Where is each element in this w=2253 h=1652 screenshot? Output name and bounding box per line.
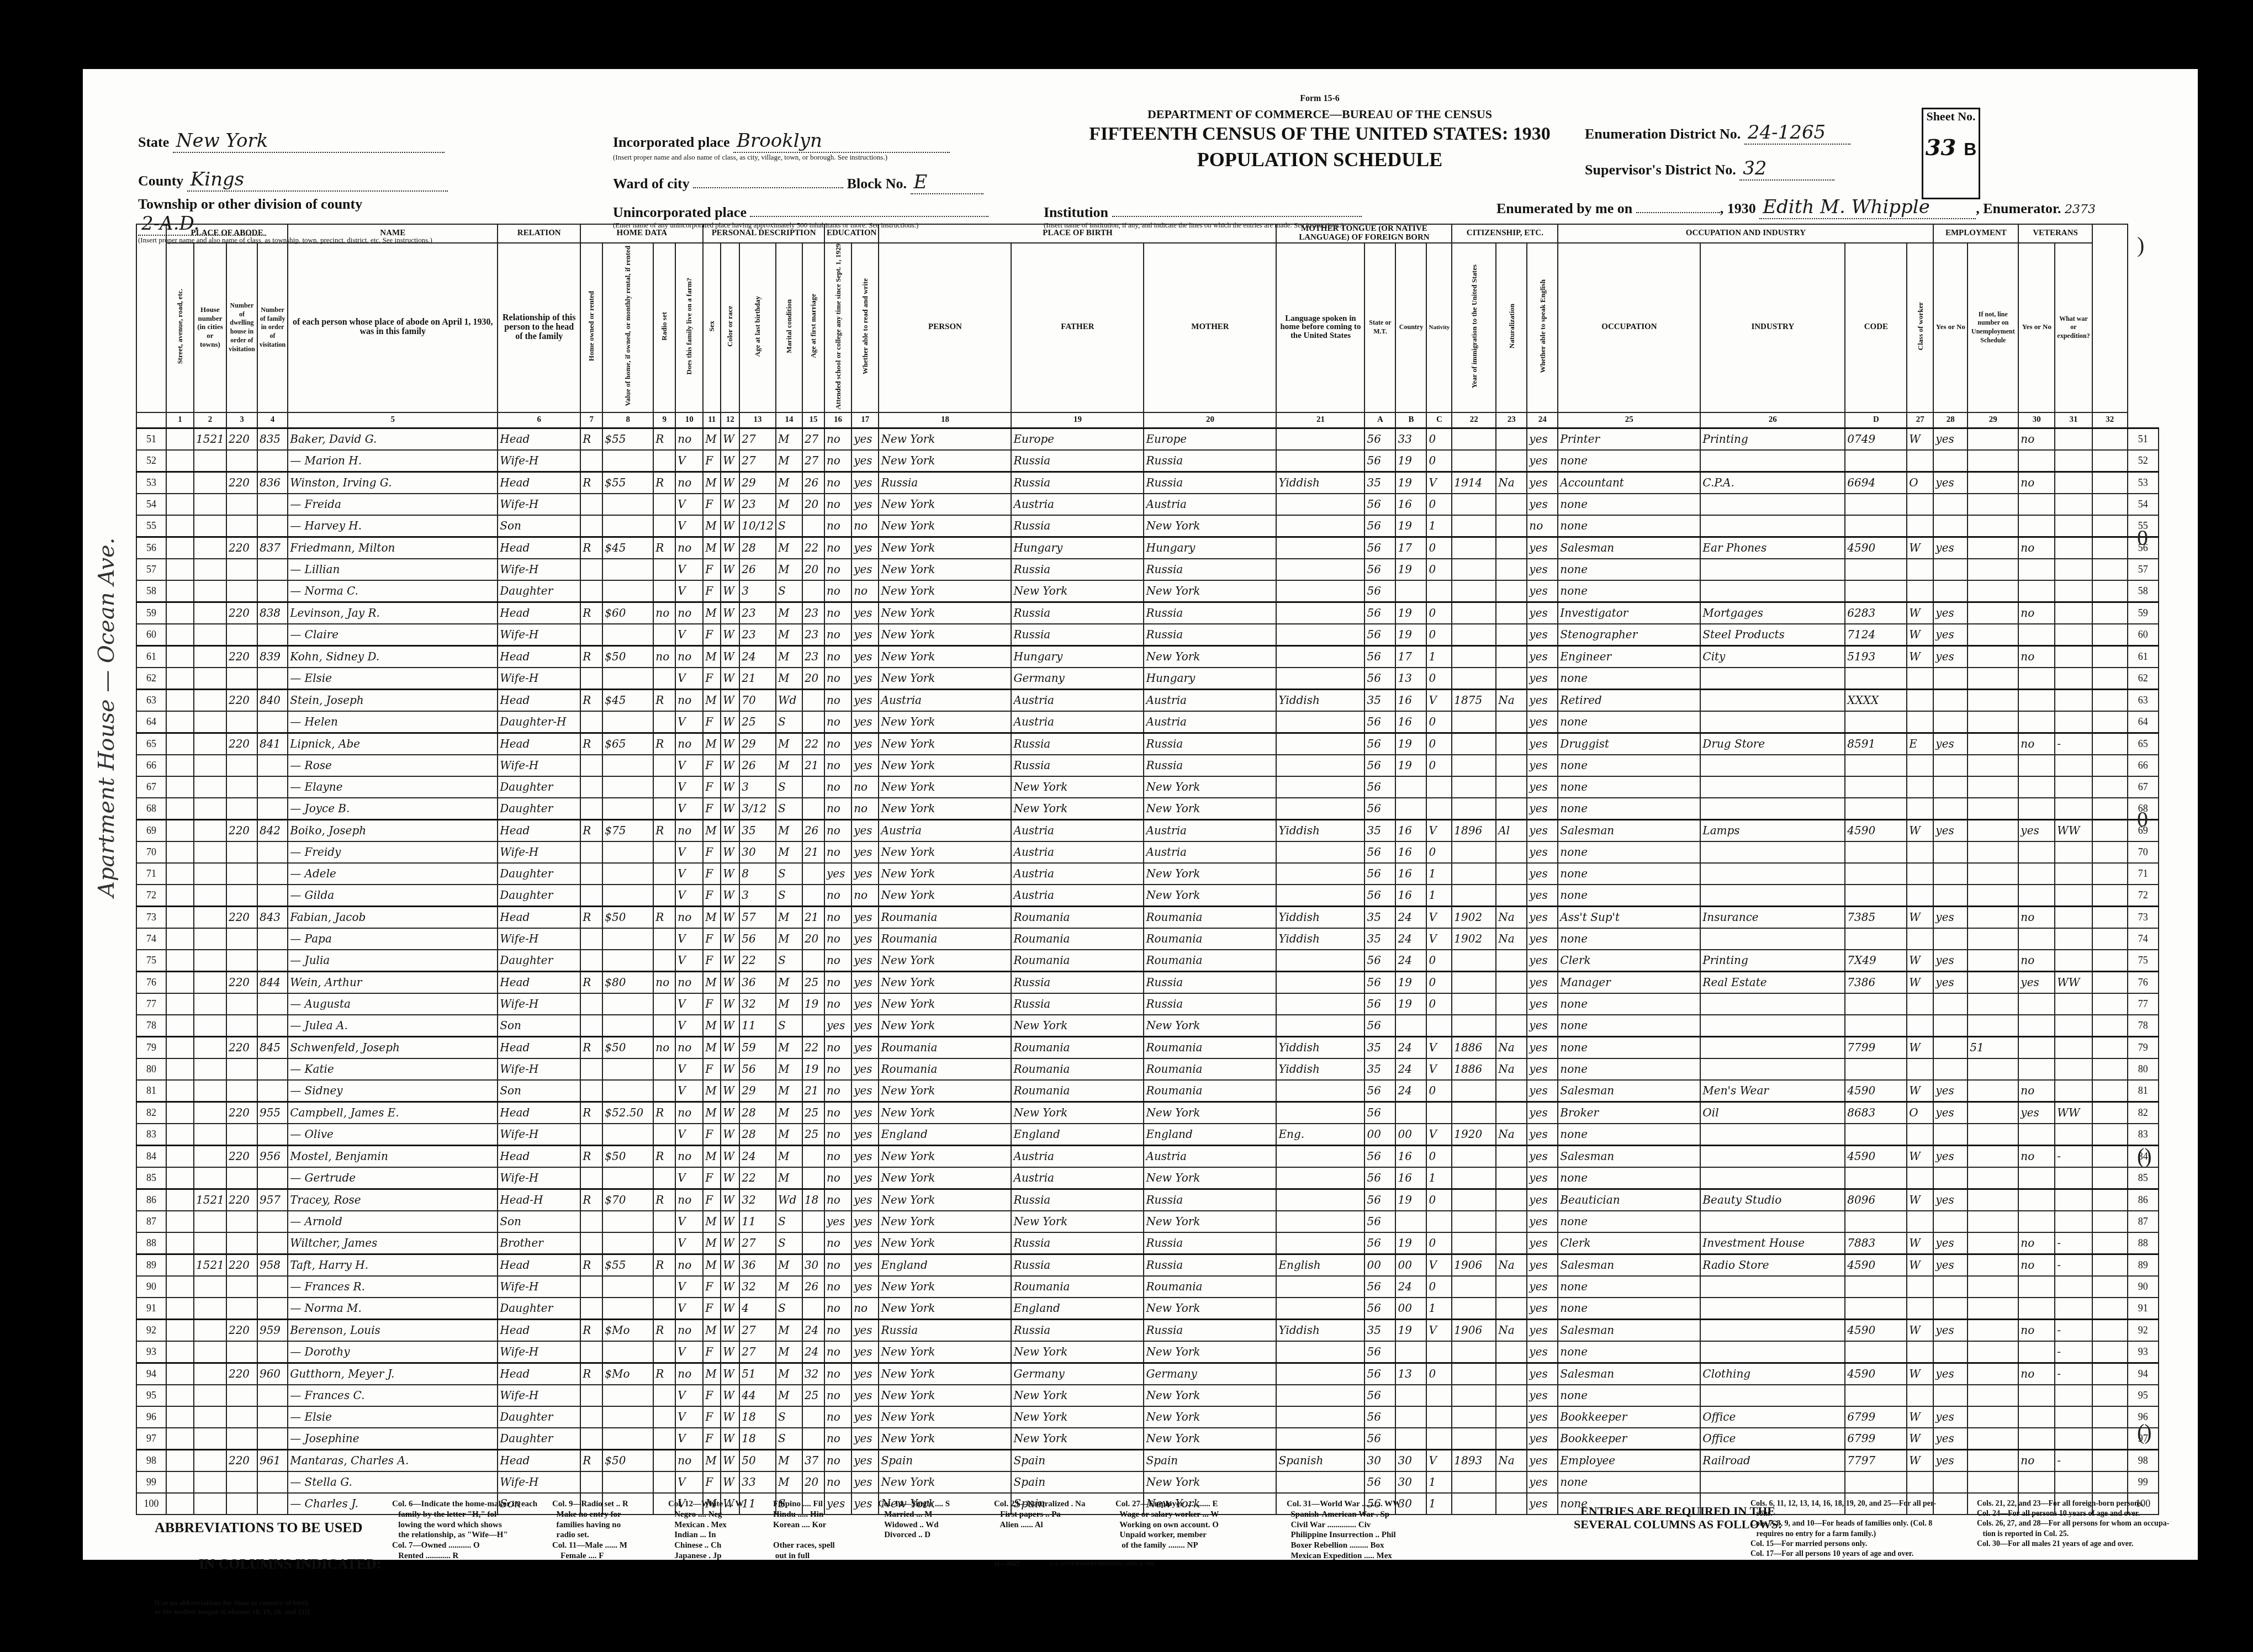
cell-radio bbox=[653, 1298, 675, 1320]
cell-family bbox=[257, 798, 288, 820]
cell-value bbox=[602, 580, 653, 602]
cell-english: yes bbox=[1527, 755, 1558, 776]
cell-sex: F bbox=[703, 1058, 721, 1080]
line-number: 78 bbox=[136, 1015, 166, 1037]
cell-unemp bbox=[1968, 733, 2018, 755]
cell-class bbox=[1907, 1341, 1933, 1363]
cell-code-c: 0 bbox=[1426, 1363, 1452, 1385]
cell-birth: New York bbox=[879, 1471, 1011, 1493]
cell-family bbox=[257, 494, 288, 515]
cell-birth: Roumania bbox=[879, 928, 1011, 950]
cell-code-c: V bbox=[1426, 1124, 1452, 1146]
cell-mother: New York bbox=[1144, 1406, 1276, 1428]
cell-war bbox=[2055, 624, 2092, 646]
cell-code-a: 30 bbox=[1365, 1449, 1395, 1471]
cell-mother: Germany bbox=[1144, 1363, 1276, 1385]
cell-name: Wiltcher, James bbox=[288, 1232, 498, 1254]
cell-work bbox=[1933, 993, 1968, 1015]
cell-natur bbox=[1496, 537, 1527, 559]
cell-name: — Marion H. bbox=[288, 450, 498, 472]
cell-english: no bbox=[1527, 515, 1558, 537]
cell-lang bbox=[1276, 450, 1365, 472]
cell-farm-sched bbox=[2092, 798, 2128, 820]
line-number-right: 67 bbox=[2128, 776, 2159, 798]
cell-marital: S bbox=[776, 1211, 802, 1232]
sheet-number: 33 bbox=[1926, 135, 1956, 161]
cell-class: O bbox=[1907, 472, 1933, 494]
cell-birth: New York bbox=[879, 1167, 1011, 1189]
supervisor-value: 32 bbox=[1739, 157, 1834, 181]
cell-birth: New York bbox=[879, 755, 1011, 776]
cell-father: Hungary bbox=[1011, 645, 1144, 668]
cell-marital: Wd bbox=[776, 1189, 802, 1211]
cell-name: Taft, Harry H. bbox=[288, 1254, 498, 1276]
cell-class bbox=[1907, 1167, 1933, 1189]
cell-family: 956 bbox=[257, 1145, 288, 1167]
cell-name: — Norma M. bbox=[288, 1298, 498, 1320]
cell-english: yes bbox=[1527, 1471, 1558, 1493]
cell-marital: M bbox=[776, 472, 802, 494]
cell-name: Tracey, Rose bbox=[288, 1189, 498, 1211]
cell-natur bbox=[1496, 624, 1527, 646]
cell-lang bbox=[1276, 1298, 1365, 1320]
cell-mother: New York bbox=[1144, 645, 1276, 668]
line-number: 74 bbox=[136, 928, 166, 950]
cell-family bbox=[257, 1406, 288, 1428]
cell-work bbox=[1933, 1276, 1968, 1298]
cell-father: Roumania bbox=[1011, 950, 1144, 972]
cell-vet: no bbox=[2018, 1319, 2055, 1341]
cell-farm-sched bbox=[2092, 971, 2128, 993]
cell-birth: New York bbox=[879, 580, 1011, 602]
cell-house bbox=[194, 689, 226, 711]
cell-immig bbox=[1452, 841, 1496, 863]
cell-sex: M bbox=[703, 1015, 721, 1037]
cell-family: 959 bbox=[257, 1319, 288, 1341]
cell-age: 11 bbox=[739, 1015, 776, 1037]
line-number: 73 bbox=[136, 906, 166, 928]
cell-class bbox=[1907, 515, 1933, 537]
cell-family bbox=[257, 668, 288, 690]
cell-street bbox=[166, 1341, 194, 1363]
cell-relation: Daughter bbox=[498, 1406, 580, 1428]
cell-farm: no bbox=[675, 645, 703, 668]
cell-relation: Head bbox=[498, 537, 580, 559]
cell-school: no bbox=[824, 559, 852, 580]
cell-age: 29 bbox=[739, 1080, 776, 1102]
cell-farm: no bbox=[675, 1363, 703, 1385]
cell-sex: M bbox=[703, 1080, 721, 1102]
cell-occupation: none bbox=[1558, 711, 1700, 733]
cell-father: Roumania bbox=[1011, 1080, 1144, 1102]
cell-dwelling: 220 bbox=[226, 733, 257, 755]
cell-school: no bbox=[824, 1058, 852, 1080]
cell-age-marr: 25 bbox=[802, 1102, 824, 1124]
cell-dwelling bbox=[226, 580, 257, 602]
cell-industry: Clothing bbox=[1700, 1363, 1845, 1385]
column-header: VETERANS bbox=[2018, 224, 2092, 243]
cell-code-b: 00 bbox=[1395, 1298, 1426, 1320]
cell-family bbox=[257, 1080, 288, 1102]
cell-english: yes bbox=[1527, 993, 1558, 1015]
cell-relation: Daughter bbox=[498, 950, 580, 972]
cell-class bbox=[1907, 494, 1933, 515]
cell-code-a: 35 bbox=[1365, 819, 1395, 841]
cell-father: England bbox=[1011, 1298, 1144, 1320]
line-number-right: 63 bbox=[2128, 689, 2159, 711]
cell-code-b: 24 bbox=[1395, 1276, 1426, 1298]
cell-father: Austria bbox=[1011, 1167, 1144, 1189]
line-number-right: 94 bbox=[2128, 1363, 2159, 1385]
cell-lang bbox=[1276, 885, 1365, 907]
cell-birth: New York bbox=[879, 559, 1011, 580]
cell-marital: S bbox=[776, 515, 802, 537]
cell-school: no bbox=[824, 537, 852, 559]
cell-immig bbox=[1452, 668, 1496, 690]
cell-work bbox=[1933, 1493, 1968, 1515]
cell-radio: R bbox=[653, 1145, 675, 1167]
cell-natur bbox=[1496, 1211, 1527, 1232]
cell-tenure bbox=[580, 1232, 602, 1254]
cell-vet bbox=[2018, 1211, 2055, 1232]
cell-work: yes bbox=[1933, 1232, 1968, 1254]
cell-age: 3 bbox=[739, 885, 776, 907]
cell-family bbox=[257, 624, 288, 646]
cell-occupation: none bbox=[1558, 841, 1700, 863]
cell-age: 29 bbox=[739, 472, 776, 494]
cell-farm-sched bbox=[2092, 1124, 2128, 1146]
table-row: 861521220957Tracey, RoseHead-HR$70RnoFW3… bbox=[136, 1189, 2159, 1211]
cell-dwelling: 220 bbox=[226, 1189, 257, 1211]
cell-occupation: none bbox=[1558, 580, 1700, 602]
cell-occupation: Salesman bbox=[1558, 1319, 1700, 1341]
cell-street bbox=[166, 1449, 194, 1471]
cell-literate: yes bbox=[852, 711, 879, 733]
cell-lang: Spanish bbox=[1276, 1449, 1365, 1471]
cell-family bbox=[257, 711, 288, 733]
cell-farm: V bbox=[675, 1385, 703, 1406]
cell-industry bbox=[1700, 711, 1845, 733]
entries-list-b: Cols. 21, 22, and 23—For all foreign-bor… bbox=[1977, 1499, 2169, 1549]
column-header: 19 bbox=[1011, 412, 1144, 428]
cell-radio: no bbox=[653, 602, 675, 624]
cell-name: Schwenfeld, Joseph bbox=[288, 1036, 498, 1058]
cell-school: yes bbox=[824, 863, 852, 885]
cell-code-b: 16 bbox=[1395, 819, 1426, 841]
cell-farm-sched bbox=[2092, 1015, 2128, 1037]
cell-sex: M bbox=[703, 1449, 721, 1471]
cell-age: 36 bbox=[739, 1254, 776, 1276]
cell-work bbox=[1933, 515, 1968, 537]
cell-farm: V bbox=[675, 1058, 703, 1080]
cell-work: yes bbox=[1933, 624, 1968, 646]
cell-school: no bbox=[824, 472, 852, 494]
cell-class bbox=[1907, 580, 1933, 602]
cell-mother: Russia bbox=[1144, 624, 1276, 646]
cell-lang bbox=[1276, 559, 1365, 580]
cell-family bbox=[257, 776, 288, 798]
cell-relation: Wife-H bbox=[498, 928, 580, 950]
cell-code-d: 4590 bbox=[1845, 1363, 1907, 1385]
cell-code-d: 7799 bbox=[1845, 1036, 1907, 1058]
cell-school: no bbox=[824, 1319, 852, 1341]
cell-unemp bbox=[1968, 1254, 2018, 1276]
cell-house bbox=[194, 971, 226, 993]
cell-lang bbox=[1276, 993, 1365, 1015]
cell-vet bbox=[2018, 993, 2055, 1015]
cell-age: 29 bbox=[739, 733, 776, 755]
cell-radio: R bbox=[653, 906, 675, 928]
cell-farm-sched bbox=[2092, 1276, 2128, 1298]
column-header: Home owned or rented bbox=[580, 243, 602, 412]
cell-house bbox=[194, 885, 226, 907]
cell-farm: V bbox=[675, 1015, 703, 1037]
cell-family bbox=[257, 1167, 288, 1189]
cell-code-c bbox=[1426, 1211, 1452, 1232]
supervisor-field: Supervisor's District No. 32 bbox=[1585, 157, 1834, 181]
cell-house bbox=[194, 733, 226, 755]
cell-occupation: none bbox=[1558, 1058, 1700, 1080]
cell-radio bbox=[653, 1058, 675, 1080]
cell-father: Germany bbox=[1011, 1363, 1144, 1385]
cell-immig bbox=[1452, 580, 1496, 602]
cell-house bbox=[194, 1428, 226, 1450]
cell-code-c: 1 bbox=[1426, 1167, 1452, 1189]
cell-family bbox=[257, 559, 288, 580]
cell-sex: M bbox=[703, 971, 721, 993]
column-header: Age at last birthday bbox=[739, 243, 776, 412]
cell-sex: F bbox=[703, 1167, 721, 1189]
cell-literate: no bbox=[852, 885, 879, 907]
cell-tenure bbox=[580, 993, 602, 1015]
cell-unemp bbox=[1968, 602, 2018, 624]
cell-lang bbox=[1276, 1080, 1365, 1102]
cell-war bbox=[2055, 689, 2092, 711]
cell-war bbox=[2055, 1167, 2092, 1189]
cell-code-a: 56 bbox=[1365, 1406, 1395, 1428]
cell-tenure: R bbox=[580, 1145, 602, 1167]
cell-race: W bbox=[721, 1471, 739, 1493]
cell-race: W bbox=[721, 928, 739, 950]
cell-lang bbox=[1276, 755, 1365, 776]
cell-literate: yes bbox=[852, 1058, 879, 1080]
cell-school: no bbox=[824, 1167, 852, 1189]
cell-code-a: 35 bbox=[1365, 1058, 1395, 1080]
cell-english: yes bbox=[1527, 1363, 1558, 1385]
cell-age: 28 bbox=[739, 1124, 776, 1146]
cell-street bbox=[166, 1363, 194, 1385]
cell-relation: Head bbox=[498, 602, 580, 624]
cell-name: Friedmann, Milton bbox=[288, 537, 498, 559]
cell-tenure bbox=[580, 1276, 602, 1298]
cell-lang bbox=[1276, 1363, 1365, 1385]
cell-farm: no bbox=[675, 602, 703, 624]
cell-race: W bbox=[721, 755, 739, 776]
cell-name: — Julea A. bbox=[288, 1015, 498, 1037]
cell-mother: New York bbox=[1144, 798, 1276, 820]
column-header: Marital condition bbox=[776, 243, 802, 412]
cell-lang bbox=[1276, 515, 1365, 537]
cell-sex: F bbox=[703, 668, 721, 690]
cell-farm-sched bbox=[2092, 863, 2128, 885]
cell-vet: no bbox=[2018, 428, 2055, 450]
cell-code-b: 19 bbox=[1395, 559, 1426, 580]
cell-lang bbox=[1276, 1102, 1365, 1124]
cell-code-b: 19 bbox=[1395, 1319, 1426, 1341]
cell-vet bbox=[2018, 689, 2055, 711]
cell-industry: Printing bbox=[1700, 950, 1845, 972]
cell-code-d bbox=[1845, 863, 1907, 885]
cell-natur bbox=[1496, 776, 1527, 798]
cell-farm: V bbox=[675, 1471, 703, 1493]
column-header: Class of worker bbox=[1907, 243, 1933, 412]
cell-unemp bbox=[1968, 668, 2018, 690]
line-number-right: 58 bbox=[2128, 580, 2159, 602]
cell-relation: Son bbox=[498, 1015, 580, 1037]
cell-age: 26 bbox=[739, 559, 776, 580]
cell-tenure bbox=[580, 1015, 602, 1037]
cell-tenure: R bbox=[580, 689, 602, 711]
cell-literate: yes bbox=[852, 1211, 879, 1232]
table-row: 75— JuliaDaughterVFW22SnoyesNew YorkRoum… bbox=[136, 950, 2159, 972]
enumerated-field: Enumerated by me on , 1930 Edith M. Whip… bbox=[1496, 196, 2096, 219]
cell-war bbox=[2055, 1385, 2092, 1406]
cell-work: yes bbox=[1933, 1145, 1968, 1167]
cell-class: W bbox=[1907, 428, 1933, 450]
cell-code-d: 5193 bbox=[1845, 645, 1907, 668]
cell-class: W bbox=[1907, 1449, 1933, 1471]
column-header-label: Country bbox=[1399, 323, 1423, 331]
cell-dwelling: 220 bbox=[226, 1102, 257, 1124]
cell-family: 836 bbox=[257, 472, 288, 494]
cell-father: Russia bbox=[1011, 559, 1144, 580]
cell-radio: R bbox=[653, 1254, 675, 1276]
cell-family bbox=[257, 1471, 288, 1493]
cell-code-a: 56 bbox=[1365, 1080, 1395, 1102]
line-number: 98 bbox=[136, 1449, 166, 1471]
cell-mother: New York bbox=[1144, 515, 1276, 537]
line-number-right: 77 bbox=[2128, 993, 2159, 1015]
cell-mother: New York bbox=[1144, 1211, 1276, 1232]
cell-race: W bbox=[721, 819, 739, 841]
cell-birth: New York bbox=[879, 494, 1011, 515]
cell-birth: New York bbox=[879, 1080, 1011, 1102]
cell-code-c: 0 bbox=[1426, 559, 1452, 580]
cell-industry bbox=[1700, 1145, 1845, 1167]
cell-house: 1521 bbox=[194, 428, 226, 450]
line-number-right: 51 bbox=[2128, 428, 2159, 450]
cell-relation: Wife-H bbox=[498, 1276, 580, 1298]
cell-radio bbox=[653, 494, 675, 515]
cell-code-d: 7883 bbox=[1845, 1232, 1907, 1254]
cell-lang: Yiddish bbox=[1276, 1036, 1365, 1058]
line-number-right: 70 bbox=[2128, 841, 2159, 863]
cell-dwelling bbox=[226, 1058, 257, 1080]
cell-father: Russia bbox=[1011, 602, 1144, 624]
column-header: Yes or No bbox=[1933, 243, 1968, 412]
cell-english: yes bbox=[1527, 472, 1558, 494]
line-number: 87 bbox=[136, 1211, 166, 1232]
cell-english: yes bbox=[1527, 1276, 1558, 1298]
cell-unemp bbox=[1968, 1406, 2018, 1428]
cell-code-b: 19 bbox=[1395, 733, 1426, 755]
cell-natur bbox=[1496, 559, 1527, 580]
cell-father: Spain bbox=[1011, 1449, 1144, 1471]
binder-hole-icon: ) bbox=[2137, 232, 2144, 258]
cell-occupation: Salesman bbox=[1558, 1254, 1700, 1276]
cell-code-b: 00 bbox=[1395, 1124, 1426, 1146]
cell-occupation: none bbox=[1558, 993, 1700, 1015]
cell-father: Austria bbox=[1011, 689, 1144, 711]
cell-vet bbox=[2018, 1298, 2055, 1320]
cell-work bbox=[1933, 1298, 1968, 1320]
cell-farm: no bbox=[675, 1036, 703, 1058]
cell-age-marr: 19 bbox=[802, 993, 824, 1015]
cell-tenure bbox=[580, 841, 602, 863]
cell-class: W bbox=[1907, 624, 1933, 646]
cell-industry: Insurance bbox=[1700, 906, 1845, 928]
cell-literate: yes bbox=[852, 928, 879, 950]
cell-class bbox=[1907, 885, 1933, 907]
cell-marital: M bbox=[776, 1449, 802, 1471]
line-number-right: 80 bbox=[2128, 1058, 2159, 1080]
cell-name: — Josephine bbox=[288, 1428, 498, 1450]
cell-code-c: 1 bbox=[1426, 515, 1452, 537]
cell-birth: Roumania bbox=[879, 1058, 1011, 1080]
cell-value: $50 bbox=[602, 1145, 653, 1167]
cell-street bbox=[166, 1471, 194, 1493]
cell-family: 955 bbox=[257, 1102, 288, 1124]
cell-race: W bbox=[721, 950, 739, 972]
cell-natur bbox=[1496, 733, 1527, 755]
cell-value: $45 bbox=[602, 689, 653, 711]
cell-vet bbox=[2018, 1276, 2055, 1298]
cell-radio: R bbox=[653, 819, 675, 841]
cell-literate: yes bbox=[852, 1189, 879, 1211]
cell-age: 3/12 bbox=[739, 798, 776, 820]
cell-english: yes bbox=[1527, 668, 1558, 690]
cell-code-b: 19 bbox=[1395, 624, 1426, 646]
cell-value bbox=[602, 494, 653, 515]
cell-vet bbox=[2018, 1124, 2055, 1146]
cell-lang: Yiddish bbox=[1276, 819, 1365, 841]
cell-farm: V bbox=[675, 450, 703, 472]
cell-industry: Men's Wear bbox=[1700, 1080, 1845, 1102]
cell-code-a: 56 bbox=[1365, 645, 1395, 668]
column-header: 16 bbox=[824, 412, 852, 428]
cell-english: yes bbox=[1527, 841, 1558, 863]
cell-work: yes bbox=[1933, 1102, 1968, 1124]
cell-radio bbox=[653, 1211, 675, 1232]
cell-tenure bbox=[580, 863, 602, 885]
cell-code-b: 16 bbox=[1395, 689, 1426, 711]
cell-literate: no bbox=[852, 1298, 879, 1320]
cell-birth: New York bbox=[879, 1211, 1011, 1232]
cell-father: Russia bbox=[1011, 1232, 1144, 1254]
cell-relation: Head bbox=[498, 733, 580, 755]
cell-work: yes bbox=[1933, 1189, 1968, 1211]
cell-literate: yes bbox=[852, 906, 879, 928]
cell-industry bbox=[1700, 515, 1845, 537]
cell-farm: V bbox=[675, 559, 703, 580]
cell-immig bbox=[1452, 1493, 1496, 1515]
column-header-label: Naturalization bbox=[1508, 304, 1516, 348]
cell-tenure bbox=[580, 624, 602, 646]
line-number-right: 83 bbox=[2128, 1124, 2159, 1146]
line-number: 67 bbox=[136, 776, 166, 798]
cell-unemp bbox=[1968, 971, 2018, 993]
cell-mother: Roumania bbox=[1144, 1276, 1276, 1298]
